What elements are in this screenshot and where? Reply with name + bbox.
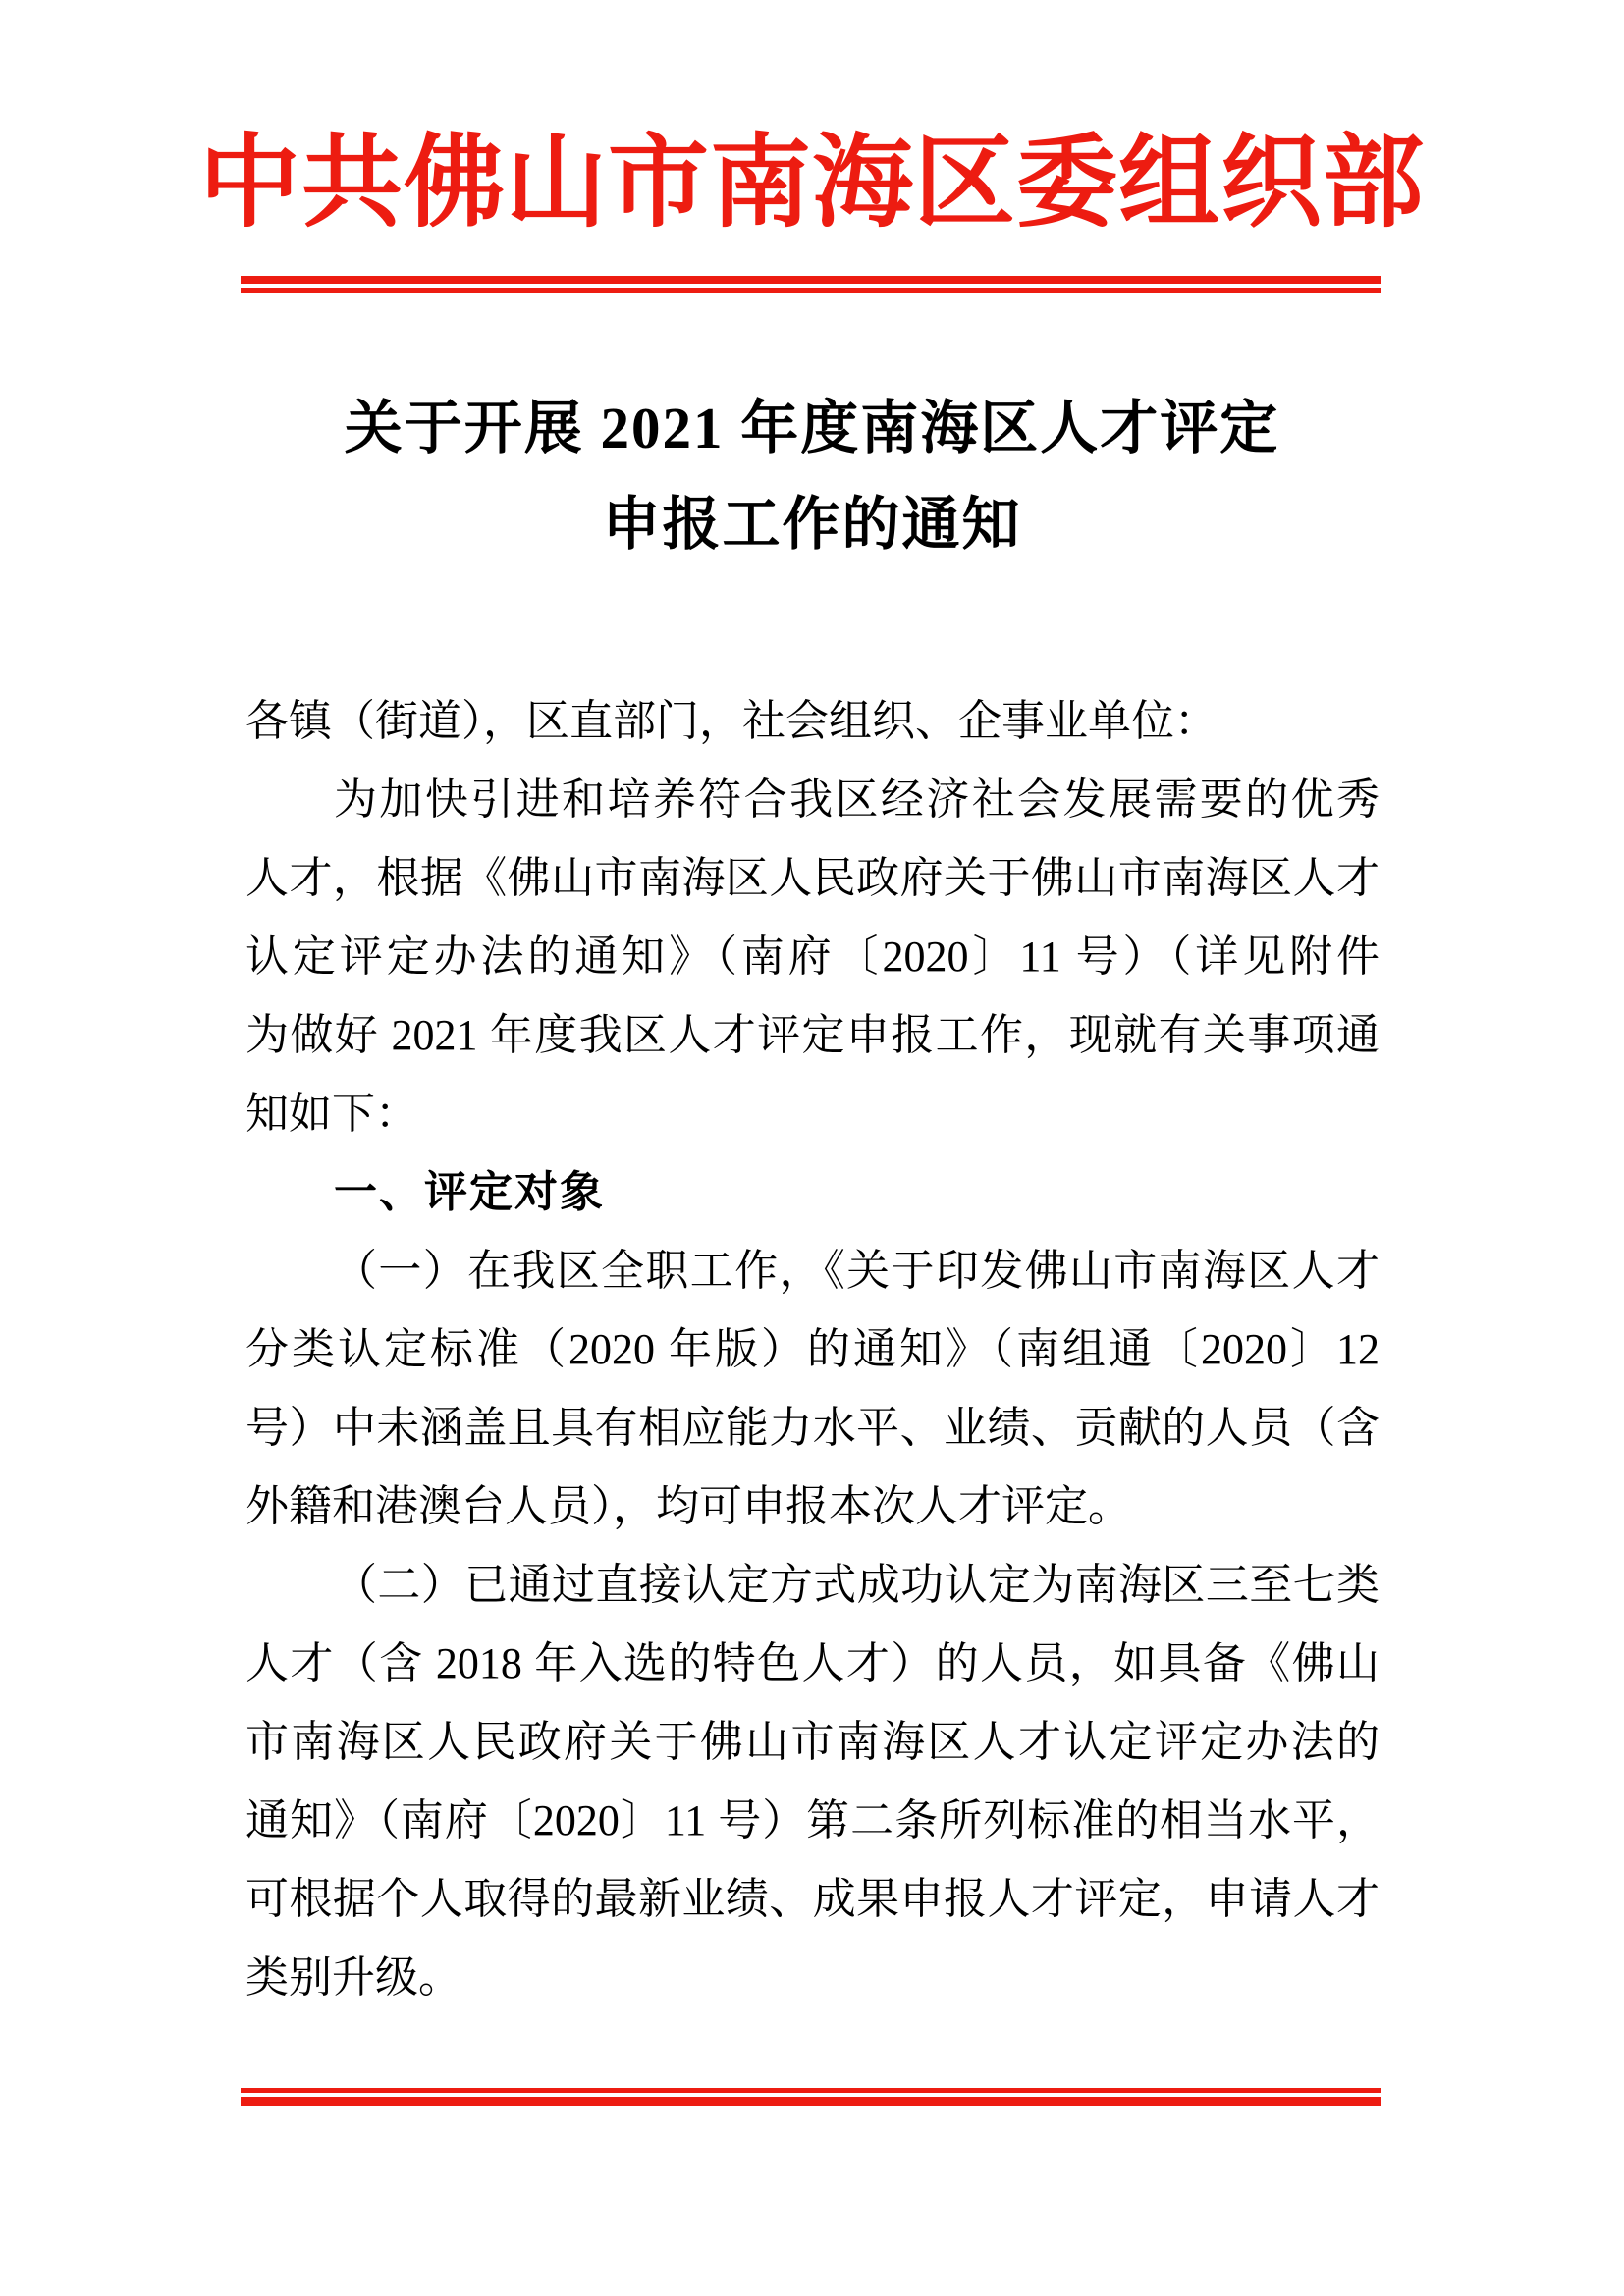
document-title-line1: 关于开展 2021 年度南海区人才评定 <box>0 395 1624 461</box>
document-page: 中共佛山市南海区委组织部 关于开展 2021 年度南海区人才评定 申报工作的通知… <box>0 0 1624 2296</box>
body-line: 人才，根据《佛山市南海区人民政府关于佛山市南海区人才 <box>245 839 1380 918</box>
body-line: 分类认定标准（2020 年版）的通知》（南组通〔2020〕12 <box>245 1310 1380 1389</box>
salutation-line: 各镇（街道），区直部门，社会组织、企事业单位： <box>245 682 1380 761</box>
header-rule-thin <box>241 288 1381 293</box>
body-line: 认定评定办法的通知》（南府〔2020〕11 号）（详见附件 1）， <box>245 918 1380 996</box>
body-line: 外籍和港澳台人员），均可申报本次人才评定。 <box>245 1468 1380 1546</box>
body-line: 为加快引进和培养符合我区经济社会发展需要的优秀 <box>245 761 1380 839</box>
body-line: 市南海区人民政府关于佛山市南海区人才认定评定办法的 <box>245 1703 1380 1782</box>
section-heading: 一、评定对象 <box>245 1153 1380 1232</box>
footer-rule-thick <box>241 2097 1381 2106</box>
body-line: 类别升级。 <box>245 1939 1380 2017</box>
header-rule-thick <box>241 276 1381 284</box>
body-line: （二）已通过直接认定方式成功认定为南海区三至七类 <box>245 1546 1380 1625</box>
body-line: 人才（含 2018 年入选的特色人才）的人员，如具备《佛山 <box>245 1625 1380 1703</box>
footer-rule-thin <box>241 2088 1381 2093</box>
masthead-org-name: 中共佛山市南海区委组织部 <box>0 126 1624 241</box>
body-line: 号）中未涵盖且具有相应能力水平、业绩、贡献的人员（含 <box>245 1389 1380 1468</box>
body-line: 通知》（南府〔2020〕11 号）第二条所列标准的相当水平， <box>245 1782 1380 1860</box>
body-line: （一）在我区全职工作，《关于印发佛山市南海区人才 <box>245 1232 1380 1310</box>
body-line: 知如下： <box>245 1075 1380 1153</box>
body-line: 为做好 2021 年度我区人才评定申报工作，现就有关事项通 <box>245 996 1380 1075</box>
document-title-line2: 申报工作的通知 <box>0 491 1624 558</box>
body-line: 可根据个人取得的最新业绩、成果申报人才评定，申请人才 <box>245 1860 1380 1939</box>
document-body: 各镇（街道），区直部门，社会组织、企事业单位： 为加快引进和培养符合我区经济社会… <box>245 682 1380 2017</box>
